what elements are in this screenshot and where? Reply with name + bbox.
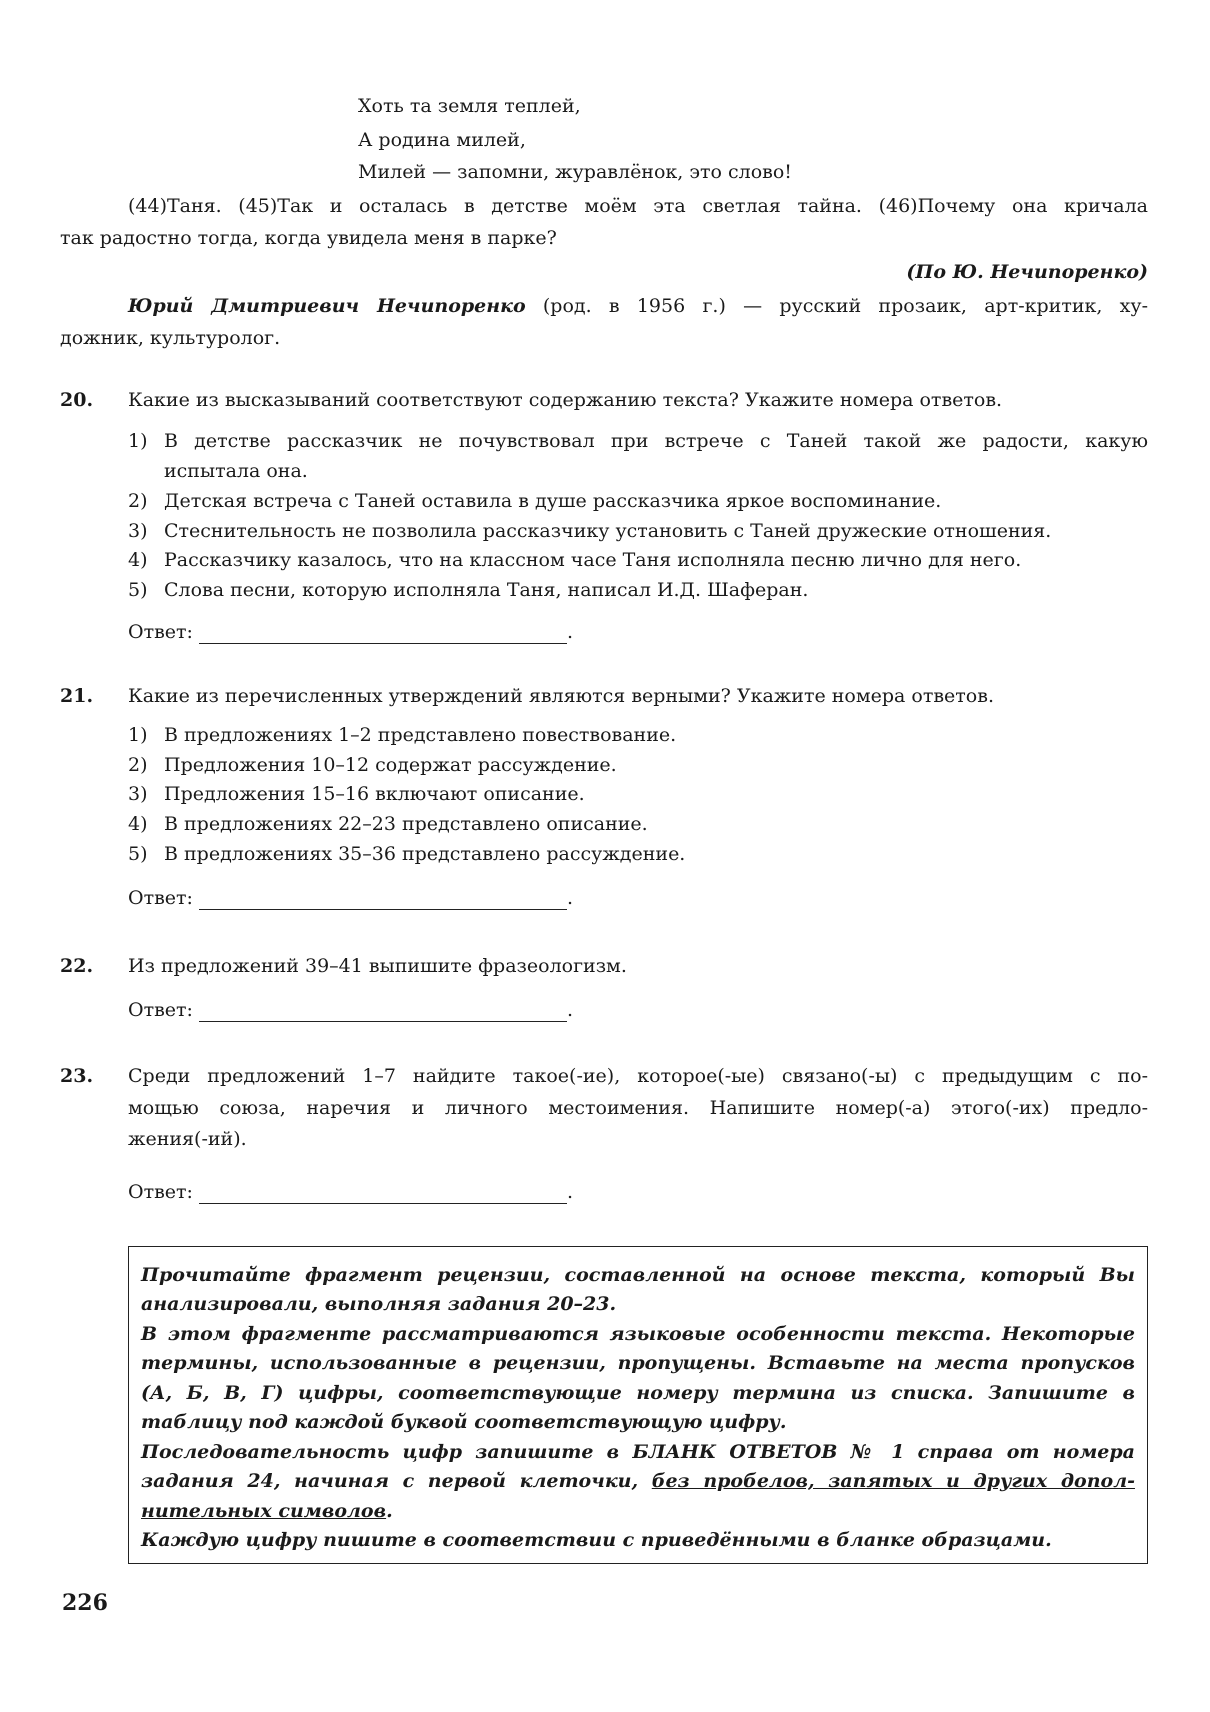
answer-label: Ответ: [128,1181,193,1203]
option-text: В предложениях 22–23 представлено описан… [164,813,648,835]
option-text: Предложения 15–16 включают описание. [164,783,585,805]
poem-line: Милей — запомни, журавлёнок, это слово! [358,158,792,186]
instruction-line: нительных символов. [141,1497,1135,1526]
option-text: Стеснительность не позволила рассказчику… [164,520,1051,542]
option-number: 2) [128,750,164,780]
task-number: 23. [60,1062,93,1090]
task-question-line: жения(-ий). [128,1125,247,1153]
option-number: 4) [128,809,164,839]
option-number: 5) [128,575,164,605]
option-text: Предложения 10–12 содержат рассуждение. [164,754,617,776]
answer-field[interactable] [199,621,567,644]
option-number: 1) [128,720,164,750]
option: 3)Предложения 15–16 включают описание. [128,779,585,809]
instruction-line: Каждую цифру пишите в соответствии с при… [141,1526,1135,1555]
option-number: 3) [128,516,164,546]
instruction-line: анализировали, выполняя задания 20–23. [141,1290,1135,1319]
author-bio-text: (род. в 1956 г.) — русский прозаик, арт-… [526,295,1148,317]
answer-label: Ответ: [128,999,193,1021]
task-question: Из предложений 39–41 выпишите фразеологи… [128,952,627,980]
option: 2)Предложения 10–12 содержат рассуждение… [128,750,617,780]
answer-row: Ответ:. [128,618,573,646]
attribution: (По Ю. Нечипоренко) [906,258,1148,286]
option-number: 4) [128,545,164,575]
option: 2)Детская встреча с Таней оставила в душ… [128,486,941,516]
author-bio-line: дожник, культуролог. [60,324,280,352]
option-text: Детская встреча с Таней оставила в душе … [164,490,941,512]
option: 5)В предложениях 35–36 представлено расс… [128,839,685,869]
option: 3)Стеснительность не позволила рассказчи… [128,516,1051,546]
option-text: В предложениях 1–2 представлено повество… [164,724,676,746]
answer-label: Ответ: [128,621,193,643]
paragraph-line: (44)Таня. (45)Так и осталась в детстве м… [128,192,1148,220]
poem-line: Хоть та земля теплей, [358,92,581,120]
option: 1)В предложениях 1–2 представлено повест… [128,720,676,750]
answer-row: Ответ:. [128,1178,573,1206]
page-number: 226 [62,1590,108,1616]
option-text: Слова песни, которую исполняла Таня, нап… [164,579,808,601]
option-number: 1) [128,426,164,456]
option: 1)В детстве рассказчик не почувствовал п… [128,426,1148,456]
paragraph-line: так радостно тогда, когда увидела меня в… [60,224,557,252]
option-text: В детстве рассказчик не почувствовал при… [164,430,1148,452]
task-number: 21. [60,682,93,710]
instruction-line: таблицу под каждой буквой соответствующу… [141,1408,1135,1437]
instruction-line: Прочитайте фрагмент рецензии, составленн… [141,1261,1135,1290]
author-bio-line: Юрий Дмитриевич Нечипоренко (род. в 1956… [128,292,1148,320]
option: 5)Слова песни, которую исполняла Таня, н… [128,575,808,605]
task-question: Какие из перечисленных утверждений являю… [128,682,994,710]
option: 4)В предложениях 22–23 представлено опис… [128,809,648,839]
author-name: Юрий Дмитриевич Нечипоренко [128,295,526,317]
answer-row: Ответ:. [128,884,573,912]
poem-line: А родина милей, [358,126,526,154]
option-continuation: испытала она. [164,456,308,486]
answer-label: Ответ: [128,887,193,909]
option-number: 5) [128,839,164,869]
option-text: В предложениях 35–36 представлено рассуж… [164,843,685,865]
task-question-line: мощью союза, наречия и личного местоимен… [128,1094,1148,1122]
instruction-line: В этом фрагменте рассматриваются языковы… [141,1320,1135,1349]
instruction-underlined: нительных символов [141,1500,386,1522]
instruction-text: . [386,1500,393,1522]
instruction-line: Последовательность цифр запишите в БЛАНК… [141,1438,1135,1467]
answer-row: Ответ:. [128,996,573,1024]
instruction-text: задания 24, начиная с первой клеточки, [141,1470,652,1492]
task-number: 22. [60,952,93,980]
task-question: Какие из высказываний соответствуют соде… [128,386,1002,414]
option-number: 2) [128,486,164,516]
task-question-line: Среди предложений 1–7 найдите такое(-ие)… [128,1062,1148,1090]
option: 4)Рассказчику казалось, что на классном … [128,545,1021,575]
instruction-box: Прочитайте фрагмент рецензии, составленн… [128,1246,1148,1564]
answer-field[interactable] [199,1181,567,1204]
instruction-line: термины, использованные в рецензии, проп… [141,1349,1135,1378]
option-text: Рассказчику казалось, что на классном ча… [164,549,1021,571]
answer-field[interactable] [199,999,567,1022]
instruction-line: (А, Б, В, Г) цифры, соответствующие номе… [141,1379,1135,1408]
task-number: 20. [60,386,93,414]
answer-field[interactable] [199,887,567,910]
option-number: 3) [128,779,164,809]
instruction-underlined: без пробелов, запятых и других допол- [652,1470,1135,1492]
instruction-line: задания 24, начиная с первой клеточки, б… [141,1467,1135,1496]
